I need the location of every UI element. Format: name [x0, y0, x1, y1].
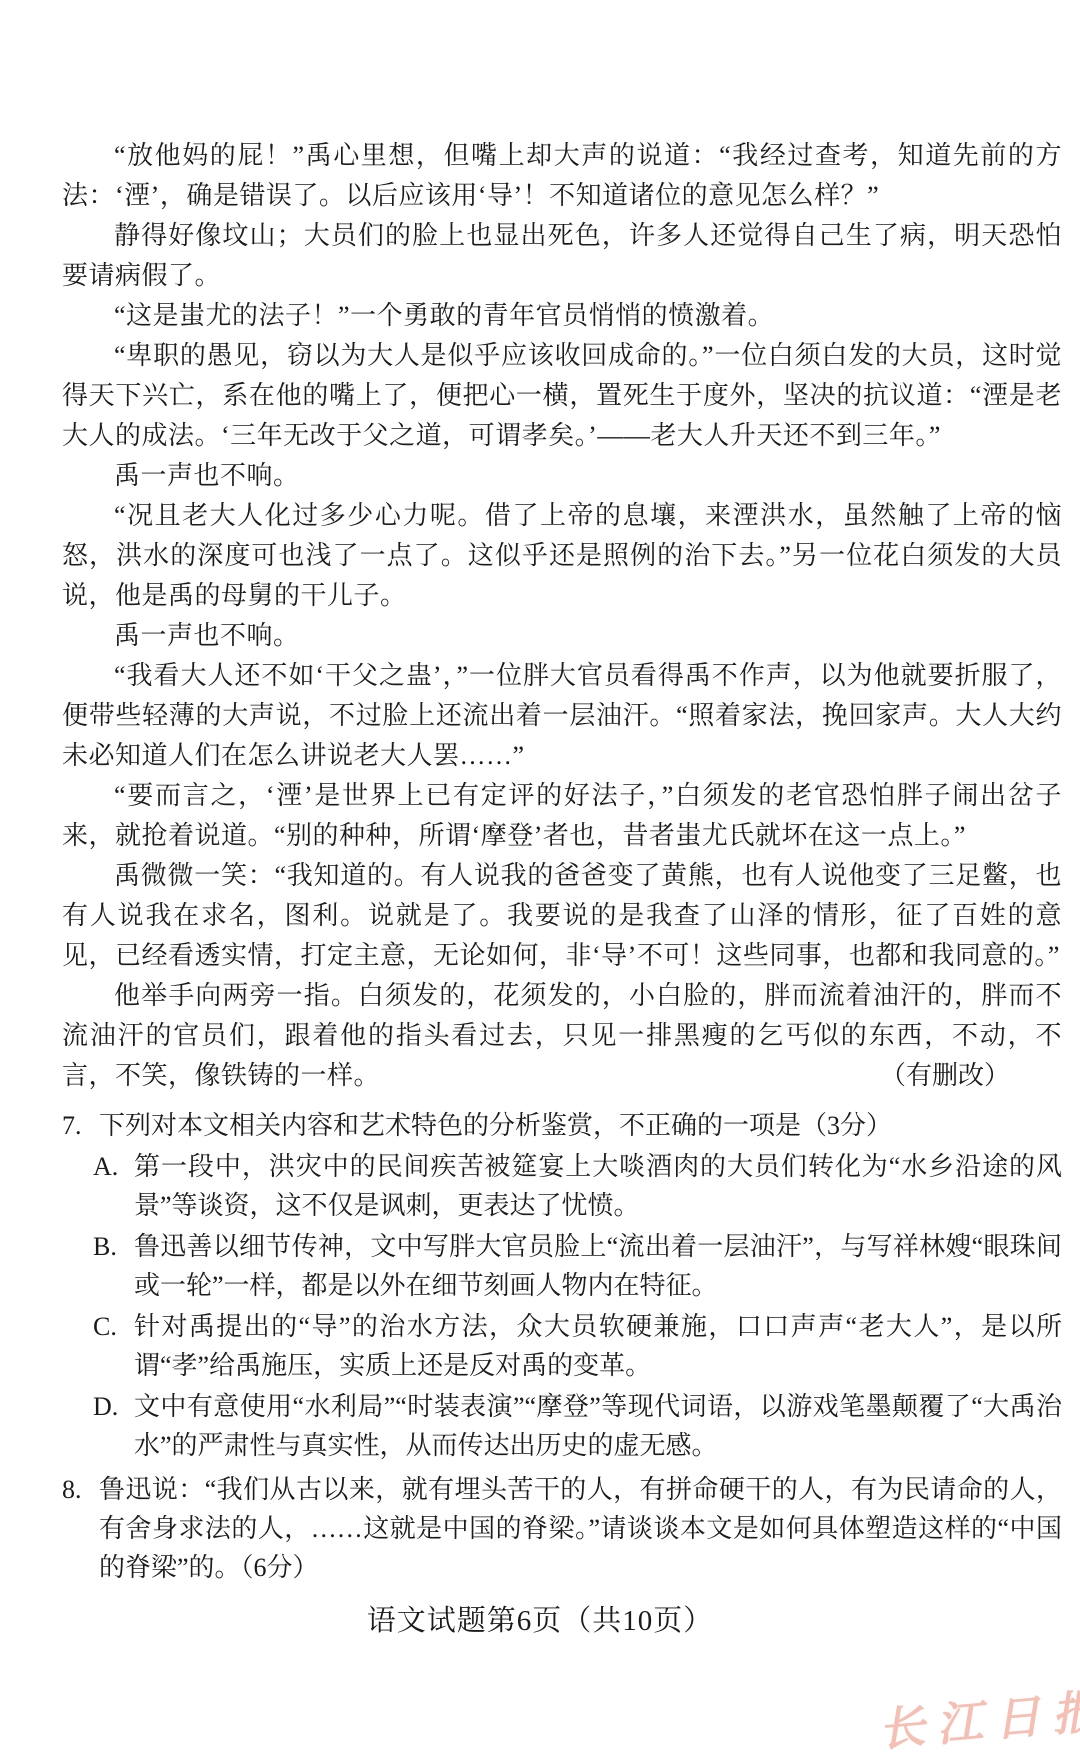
excerpt-paragraph-8: “我看大人还不如‘干父之蛊’，”一位胖大官员看得禹不作声，以为他就要折服了，便带…: [62, 656, 1062, 776]
option-a-label: A.: [93, 1147, 134, 1186]
page-footer: 语文试题第6页（共10页）: [0, 1598, 1080, 1639]
excerpt-paragraph-7: 禹一声也不响。: [62, 616, 1062, 656]
option-b: B. 鲁迅善以细节传神，文中写胖大官员脸上“流出着一层油汗”，与写祥林嫂“眼珠间…: [62, 1227, 1062, 1305]
option-a: A. 第一段中，洪灾中的民间疾苦被筵宴上大啖酒肉的大员们转化为“水乡沿途的风景”…: [62, 1147, 1062, 1225]
excerpt-paragraph-1: “放他妈的屁！”禹心里想，但嘴上却大声的说道：“我经过查考，知道先前的方法：‘湮…: [62, 136, 1062, 216]
question-7: 7. 下列对本文相关内容和艺术特色的分析鉴赏，不正确的一项是（3分） A. 第一…: [62, 1106, 1062, 1465]
option-c-label: C.: [93, 1307, 134, 1346]
reading-passage: “放他妈的屁！”禹心里想，但嘴上却大声的说道：“我经过查考，知道先前的方法：‘湮…: [62, 136, 1062, 1096]
option-c: C. 针对禹提出的“导”的治水方法，众大员软硬兼施，口口声声“老大人”，是以所谓…: [62, 1307, 1062, 1385]
question-7-number: 7.: [62, 1106, 99, 1145]
exam-content: “放他妈的屁！”禹心里想，但嘴上却大声的说道：“我经过查考，知道先前的方法：‘湮…: [62, 136, 1062, 1587]
excerpt-paragraph-9: “要而言之，‘湮’是世界上已有定评的好法子，”白须发的老官恐怕胖子闹出岔子来，就…: [62, 776, 1062, 856]
excerpt-paragraph-3: “这是蚩尤的法子！”一个勇敢的青年官员悄悄的愤激着。: [62, 296, 1062, 336]
watermark: 长江日报: [876, 1674, 1080, 1755]
excerpt-paragraph-2: 静得好像坟山；大员们的脸上也显出死色，许多人还觉得自己生了病，明天恐怕要请病假了…: [62, 216, 1062, 296]
question-7-stem: 下列对本文相关内容和艺术特色的分析鉴赏，不正确的一项是（3分）: [99, 1106, 1062, 1145]
excerpt-paragraph-6: “况且老大人化过多少心力呢。借了上帝的息壤，来湮洪水，虽然触了上帝的恼怒，洪水的…: [62, 496, 1062, 616]
questions-section: 7. 下列对本文相关内容和艺术特色的分析鉴赏，不正确的一项是（3分） A. 第一…: [62, 1106, 1062, 1587]
excerpt-paragraph-5: 禹一声也不响。: [62, 456, 1062, 496]
option-a-text: 第一段中，洪灾中的民间疾苦被筵宴上大啖酒肉的大员们转化为“水乡沿途的风景”等谈资…: [134, 1147, 1062, 1225]
exam-page: “放他妈的屁！”禹心里想，但嘴上却大声的说道：“我经过查考，知道先前的方法：‘湮…: [0, 0, 1080, 1755]
question-8-number: 8.: [62, 1470, 99, 1509]
excerpt-paragraph-10: 禹微微一笑：“我知道的。有人说我的爸爸变了黄熊，也有人说他变了三足鳖，也有人说我…: [62, 856, 1062, 976]
option-c-text: 针对禹提出的“导”的治水方法，众大员软硬兼施，口口声声“老大人”，是以所谓“孝”…: [134, 1307, 1062, 1385]
option-b-text: 鲁迅善以细节传神，文中写胖大官员脸上“流出着一层油汗”，与写祥林嫂“眼珠间或一轮…: [134, 1227, 1062, 1305]
option-d: D. 文中有意使用“水利局”“时装表演”“摩登”等现代词语，以游戏笔墨颠覆了“大…: [62, 1387, 1062, 1465]
question-8: 8. 鲁迅说：“我们从古以来，就有埋头苦干的人，有拼命硬干的人，有为民请命的人，…: [62, 1470, 1062, 1587]
option-d-label: D.: [93, 1387, 134, 1426]
question-8-stem-row: 8. 鲁迅说：“我们从古以来，就有埋头苦干的人，有拼命硬干的人，有为民请命的人，…: [62, 1470, 1062, 1587]
question-8-stem: 鲁迅说：“我们从古以来，就有埋头苦干的人，有拼命硬干的人，有为民请命的人，有舍身…: [99, 1470, 1062, 1587]
option-b-label: B.: [93, 1227, 134, 1266]
option-d-text: 文中有意使用“水利局”“时装表演”“摩登”等现代词语，以游戏笔墨颠覆了“大禹治水…: [134, 1387, 1062, 1465]
question-7-stem-row: 7. 下列对本文相关内容和艺术特色的分析鉴赏，不正确的一项是（3分）: [62, 1106, 1062, 1145]
page-number-label: 语文试题第6页（共10页）: [367, 1605, 714, 1637]
excerpt-paragraph-4: “卑职的愚见，窃以为大人是似乎应该收回成命的。”一位白须白发的大员，这时觉得天下…: [62, 336, 1062, 456]
